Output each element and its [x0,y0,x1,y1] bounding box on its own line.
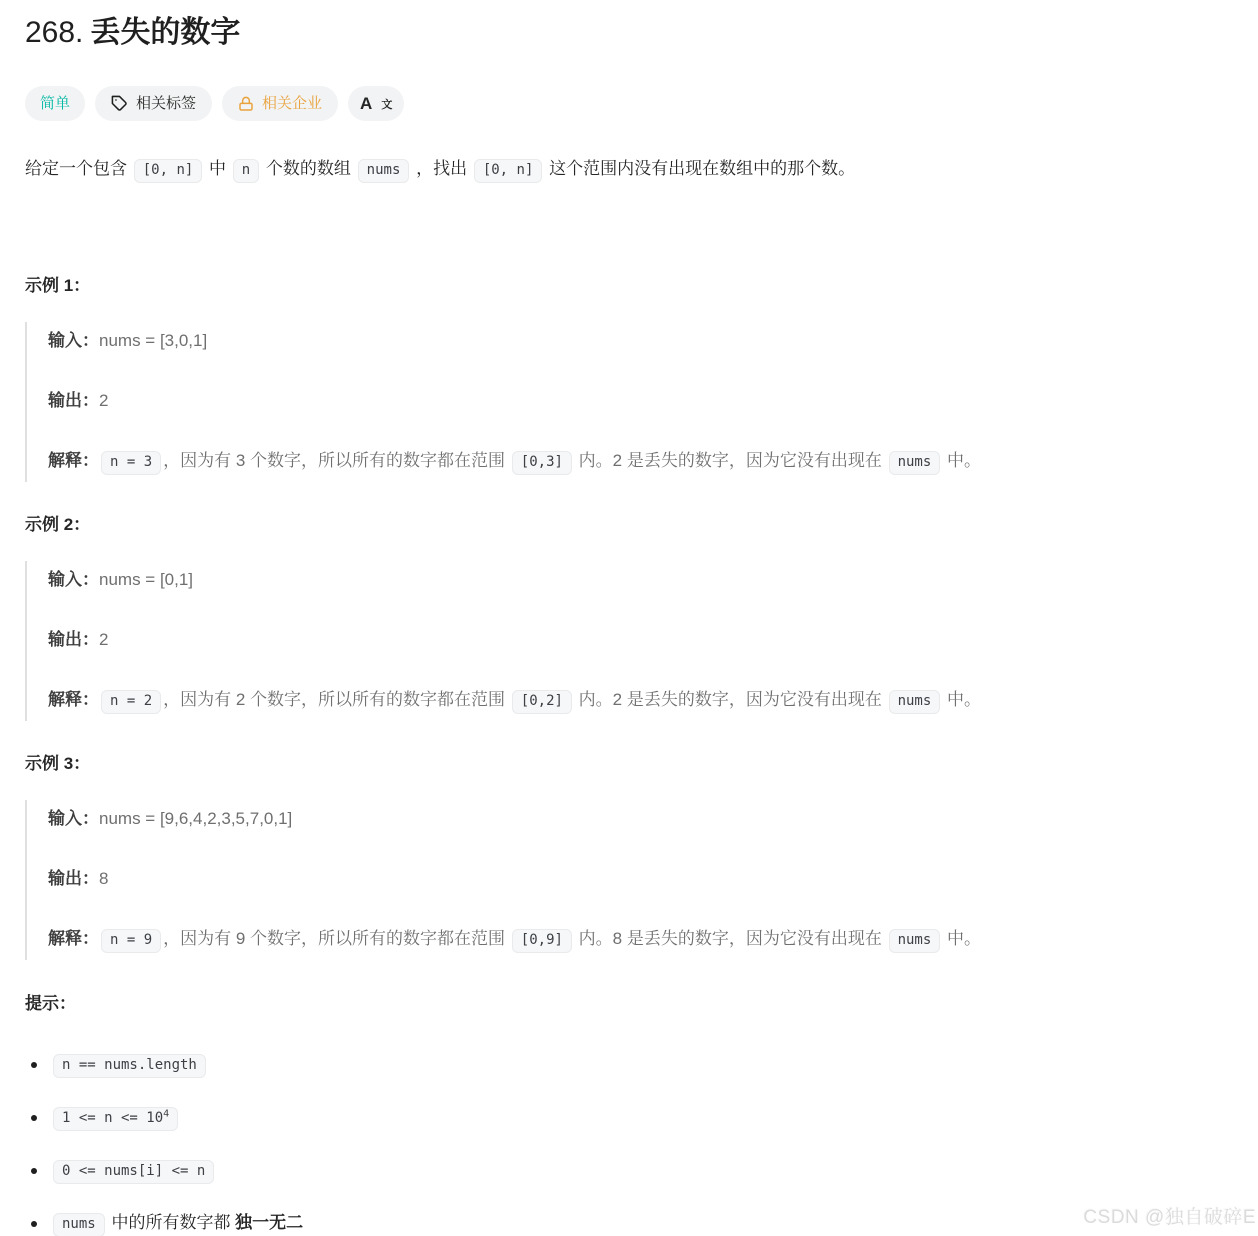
problem-page: 268.丢失的数字 简单 相关标签 相关企业 A文 [0,0,1258,1236]
inline-code: n == nums.length [53,1054,206,1078]
inline-code: n [233,159,259,183]
hint-item: n == nums.length [25,1051,1233,1078]
example-2-block: 输入：nums = [0,1] 输出：2 解释：n = 2，因为有 2 个数字，… [25,561,1233,721]
hint-text: 1 <= n <= 104 [53,1104,180,1131]
inline-code: nums [358,159,410,183]
related-companies-label: 相关企业 [262,96,322,111]
explanation-label: 解释： [48,690,99,709]
text-size-icon-sub: 文 [381,100,392,111]
input-value: nums = [0,1] [99,570,193,589]
output-value: 2 [99,391,108,410]
page-title: 268.丢失的数字 [25,14,1233,52]
bullet-dot [31,1168,37,1174]
example-2-input-line: 输入：nums = [0,1] [48,568,1233,592]
related-tags-button[interactable]: 相关标签 [95,86,212,121]
output-value: 8 [99,869,108,888]
bullet-dot [31,1115,37,1121]
inline-code: [0,3] [512,451,572,475]
output-label: 输出： [48,391,99,410]
input-value: nums = [9,6,4,2,3,5,7,0,1] [99,809,292,828]
example-3-input-line: 输入：nums = [9,6,4,2,3,5,7,0,1] [48,807,1233,831]
badge-row: 简单 相关标签 相关企业 A文 [25,86,1233,121]
output-value: 2 [99,630,108,649]
hint-item: 0 <= nums[i] <= n [25,1157,1233,1184]
example-2-explanation-line: 解释：n = 2，因为有 2 个数字，所以所有的数字都在范围 [0,2] 内。2… [48,688,1233,714]
input-label: 输入： [48,331,99,350]
example-1-input-line: 输入：nums = [3,0,1] [48,329,1233,353]
example-2-output-line: 输出：2 [48,628,1233,652]
inline-code: n = 3 [101,451,161,475]
inline-code: [0, n] [474,159,543,183]
inline-code: n = 9 [101,929,161,953]
inline-code: nums [53,1213,105,1236]
example-1-explanation-line: 解释：n = 3，因为有 3 个数字，所以所有的数字都在范围 [0,3] 内。2… [48,449,1233,475]
explanation-value: n = 2，因为有 2 个数字，所以所有的数字都在范围 [0,2] 内。2 是丢… [99,690,981,709]
hint-text: nums 中的所有数字都 独一无二 [53,1210,303,1236]
hints-heading: 提示： [25,992,1233,1015]
example-3-heading: 示例 3： [25,752,1233,775]
bullet-dot [31,1221,37,1227]
hints-list: n == nums.length 1 <= n <= 104 0 <= nums… [25,1051,1233,1236]
problem-description: 给定一个包含 [0, n] 中 n 个数的数组 nums ，找出 [0, n] … [25,155,1233,183]
explanation-label: 解释： [48,929,99,948]
explanation-label: 解释： [48,451,99,470]
example-2-heading: 示例 2： [25,513,1233,536]
bold-text: 独一无二 [235,1213,303,1232]
input-value: nums = [3,0,1] [99,331,207,350]
explanation-value: n = 9，因为有 9 个数字，所以所有的数字都在范围 [0,9] 内。8 是丢… [99,929,981,948]
hint-item: nums 中的所有数字都 独一无二 [25,1210,1233,1236]
difficulty-badge[interactable]: 简单 [25,86,85,121]
problem-name: 丢失的数字 [90,16,240,49]
bullet-dot [31,1062,37,1068]
inline-code: 0 <= nums[i] <= n [53,1160,214,1184]
inline-code: nums [889,690,941,714]
output-label: 输出： [48,630,99,649]
inline-code: [0,2] [512,690,572,714]
tag-icon [111,95,128,112]
inline-code: 1 <= n <= 104 [53,1107,178,1131]
example-3-output-line: 输出：8 [48,867,1233,891]
hint-text: 0 <= nums[i] <= n [53,1157,216,1184]
input-label: 输入： [48,570,99,589]
example-3-explanation-line: 解释：n = 9，因为有 9 个数字，所以所有的数字都在范围 [0,9] 内。8… [48,927,1233,953]
example-3-block: 输入：nums = [9,6,4,2,3,5,7,0,1] 输出：8 解释：n … [25,800,1233,960]
explanation-value: n = 3，因为有 3 个数字，所以所有的数字都在范围 [0,3] 内。2 是丢… [99,451,981,470]
text-size-icon: A [360,95,372,112]
related-tags-label: 相关标签 [136,96,196,111]
inline-code: nums [889,451,941,475]
example-1-heading: 示例 1： [25,274,1233,297]
lock-icon [238,96,254,112]
input-label: 输入： [48,809,99,828]
inline-code: nums [889,929,941,953]
example-1-block: 输入：nums = [3,0,1] 输出：2 解释：n = 3，因为有 3 个数… [25,322,1233,482]
example-1-output-line: 输出：2 [48,389,1233,413]
hint-item: 1 <= n <= 104 [25,1104,1233,1131]
text-size-button[interactable]: A文 [348,86,404,121]
problem-number: 268. [25,16,83,49]
inline-code: n = 2 [101,690,161,714]
watermark: CSDN @独自破碎E [1083,1202,1256,1229]
related-companies-button[interactable]: 相关企业 [222,86,338,121]
hint-text: n == nums.length [53,1051,208,1078]
output-label: 输出： [48,869,99,888]
inline-code: [0,9] [512,929,572,953]
inline-code: [0, n] [134,159,203,183]
